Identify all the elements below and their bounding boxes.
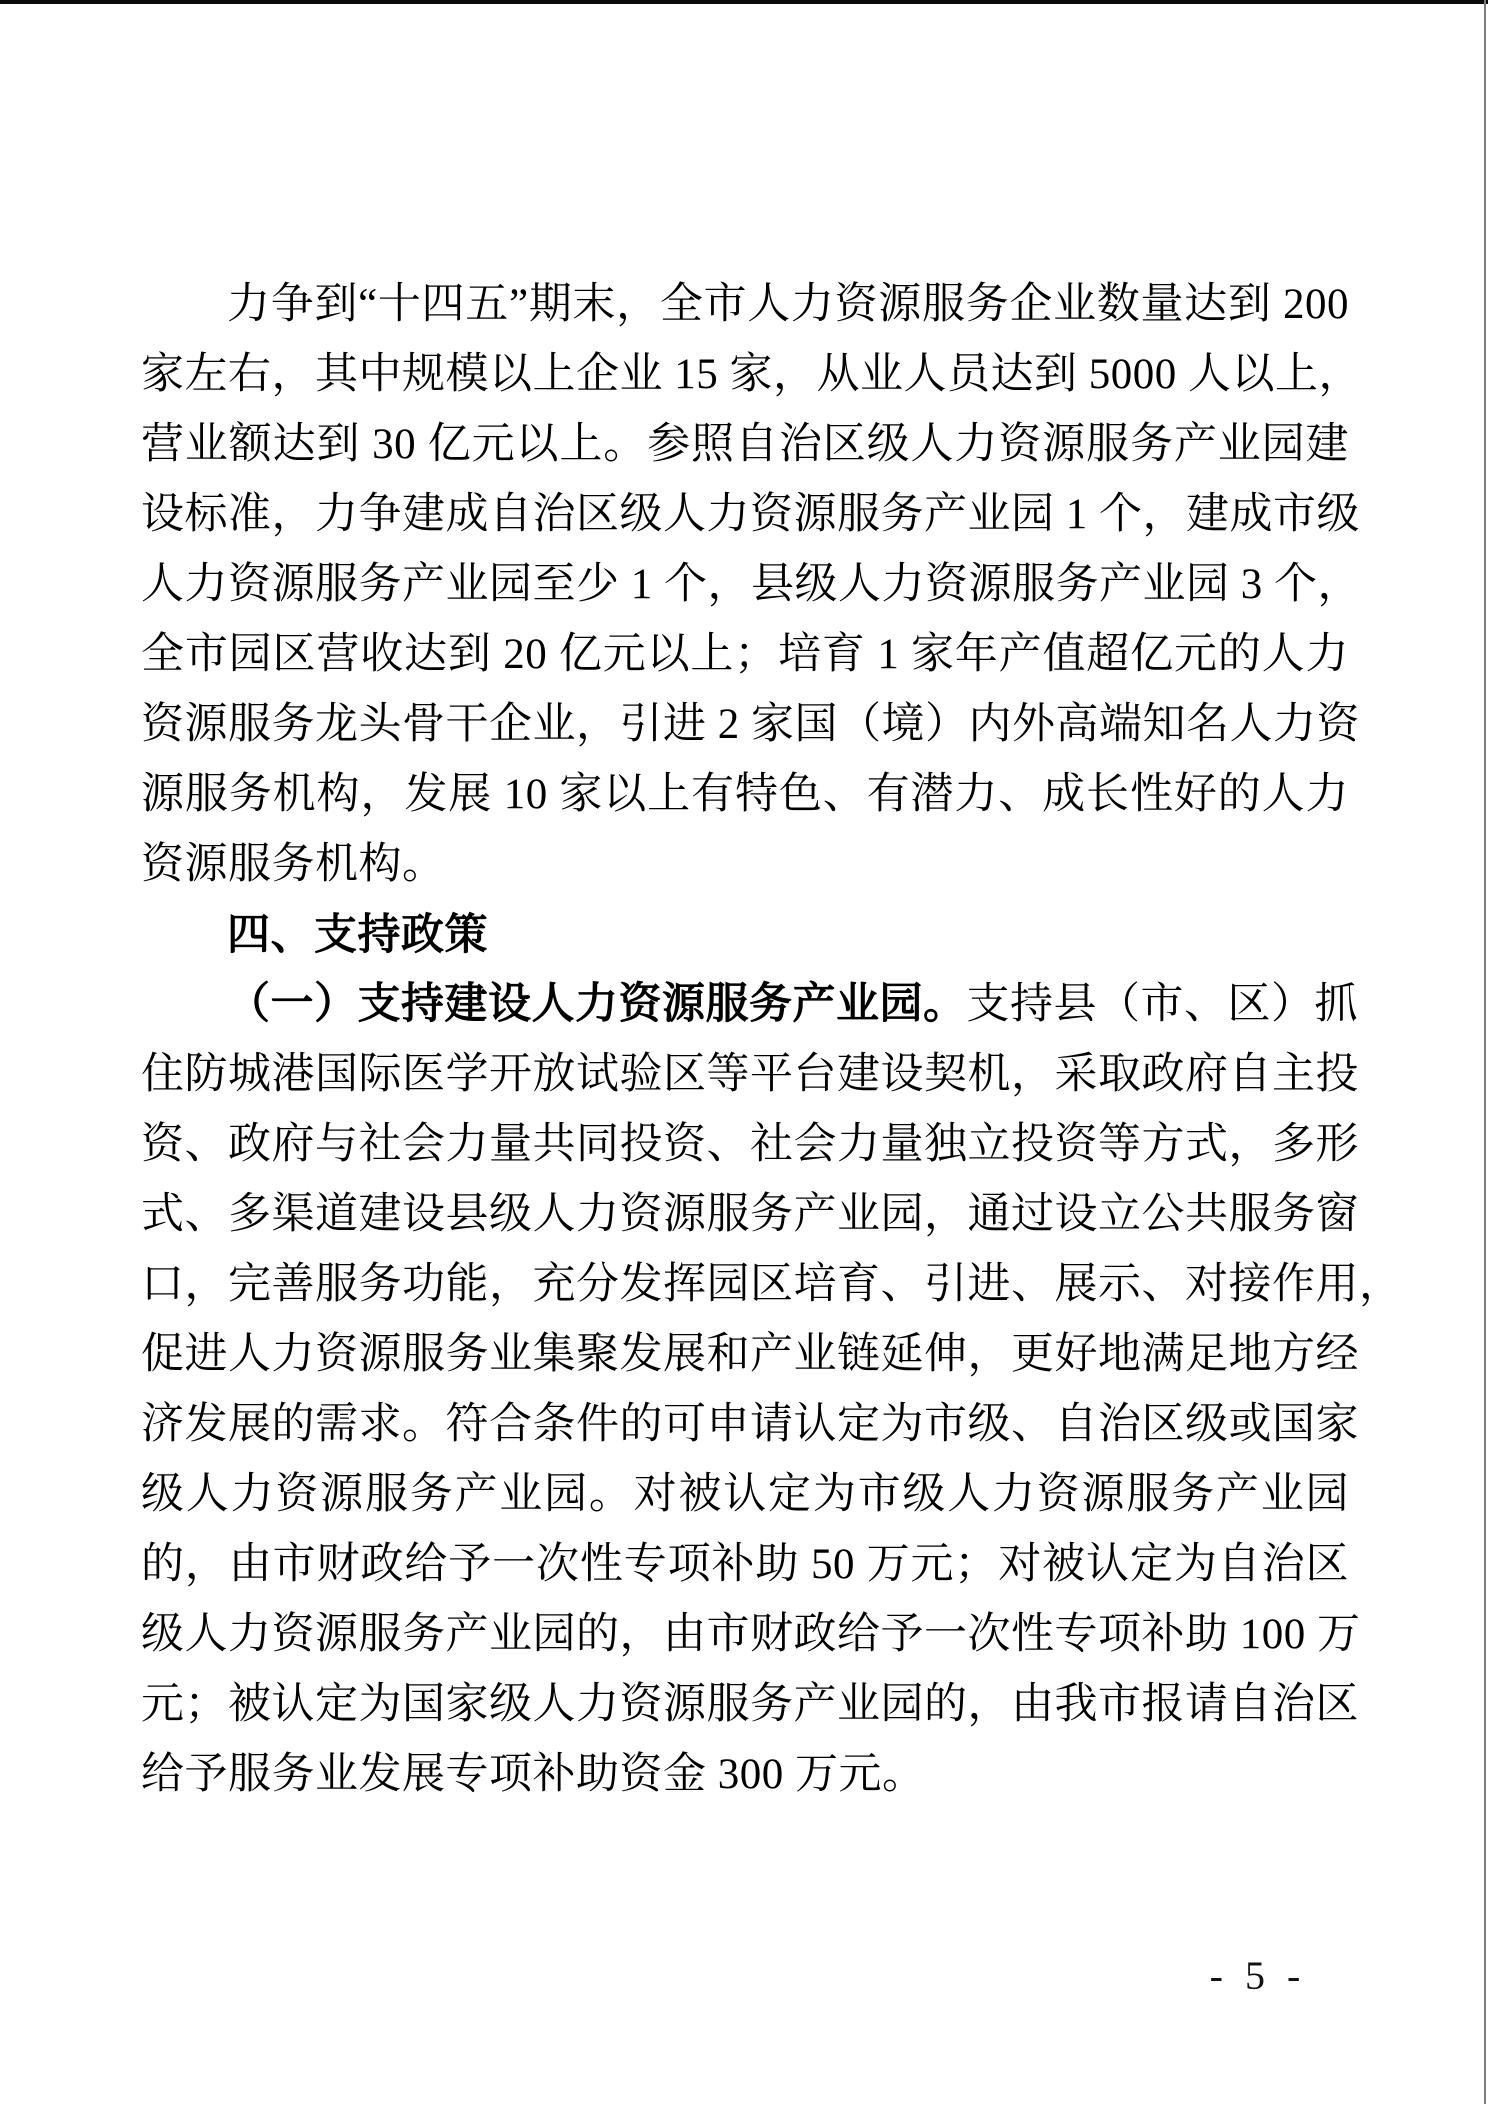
text-line: 级人力资源服务产业园。对被认定为市级人力资源服务产业园: [141, 1460, 1349, 1530]
text-line: 营业额达到 30 亿元以上。参照自治区级人力资源服务产业园建: [141, 410, 1349, 480]
text-line: 口，完善服务功能，充分发挥园区培育、引进、展示、对接作用，: [141, 1250, 1349, 1320]
paragraph-lead-rest: 支持县（市、区）抓: [967, 981, 1359, 1028]
text-line: 元；被认定为国家级人力资源服务产业园的，由我市报请自治区: [141, 1670, 1349, 1740]
text-line: 济发展的需求。符合条件的可申请认定为市级、自治区级或国家: [141, 1390, 1349, 1460]
body-text: 力争到“十四五”期末，全市人力资源服务企业数量达到 200 家左右，其中规模以上…: [141, 270, 1349, 1810]
page-top-edge: [0, 0, 1488, 4]
page-number: - 5 -: [1198, 1952, 1318, 2000]
text-line: 住防城港国际医学开放试验区等平台建设契机，采取政府自主投: [141, 1040, 1349, 1110]
text-line: 资源服务机构。: [141, 830, 1349, 900]
text-line: 给予服务业发展专项补助资金 300 万元。: [141, 1740, 1349, 1810]
text-line: 全市园区营收达到 20 亿元以上；培育 1 家年产值超亿元的人力: [141, 620, 1349, 690]
text-line: 资、政府与社会力量共同投资、社会力量独立投资等方式，多形: [141, 1110, 1349, 1180]
paragraph-lead-title: （一）支持建设人力资源服务产业园。: [227, 981, 967, 1028]
text-line: 家左右，其中规模以上企业 15 家，从业人员达到 5000 人以上，: [141, 340, 1349, 410]
text-line: 促进人力资源服务业集聚发展和产业链延伸，更好地满足地方经: [141, 1320, 1349, 1390]
text-line: 源服务机构，发展 10 家以上有特色、有潜力、成长性好的人力: [141, 760, 1349, 830]
text-line: 人力资源服务产业园至少 1 个，县级人力资源服务产业园 3 个，: [141, 550, 1349, 620]
page-right-edge: [1484, 0, 1486, 2104]
text-line: 式、多渠道建设县级人力资源服务产业园，通过设立公共服务窗: [141, 1180, 1349, 1250]
text-line: 设标准，力争建成自治区级人力资源服务产业园 1 个，建成市级: [141, 480, 1349, 550]
text-line: （一）支持建设人力资源服务产业园。支持县（市、区）抓: [141, 970, 1349, 1040]
text-line: 资源服务龙头骨干企业，引进 2 家国（境）内外高端知名人力资: [141, 690, 1349, 760]
section-heading: 四、支持政策: [141, 900, 1349, 970]
text-line: 力争到“十四五”期末，全市人力资源服务企业数量达到 200: [141, 270, 1349, 340]
document-page: 力争到“十四五”期末，全市人力资源服务企业数量达到 200 家左右，其中规模以上…: [0, 0, 1488, 2104]
text-line: 的，由市财政给予一次性专项补助 50 万元；对被认定为自治区: [141, 1530, 1349, 1600]
text-line: 级人力资源服务产业园的，由市财政给予一次性专项补助 100 万: [141, 1600, 1349, 1670]
